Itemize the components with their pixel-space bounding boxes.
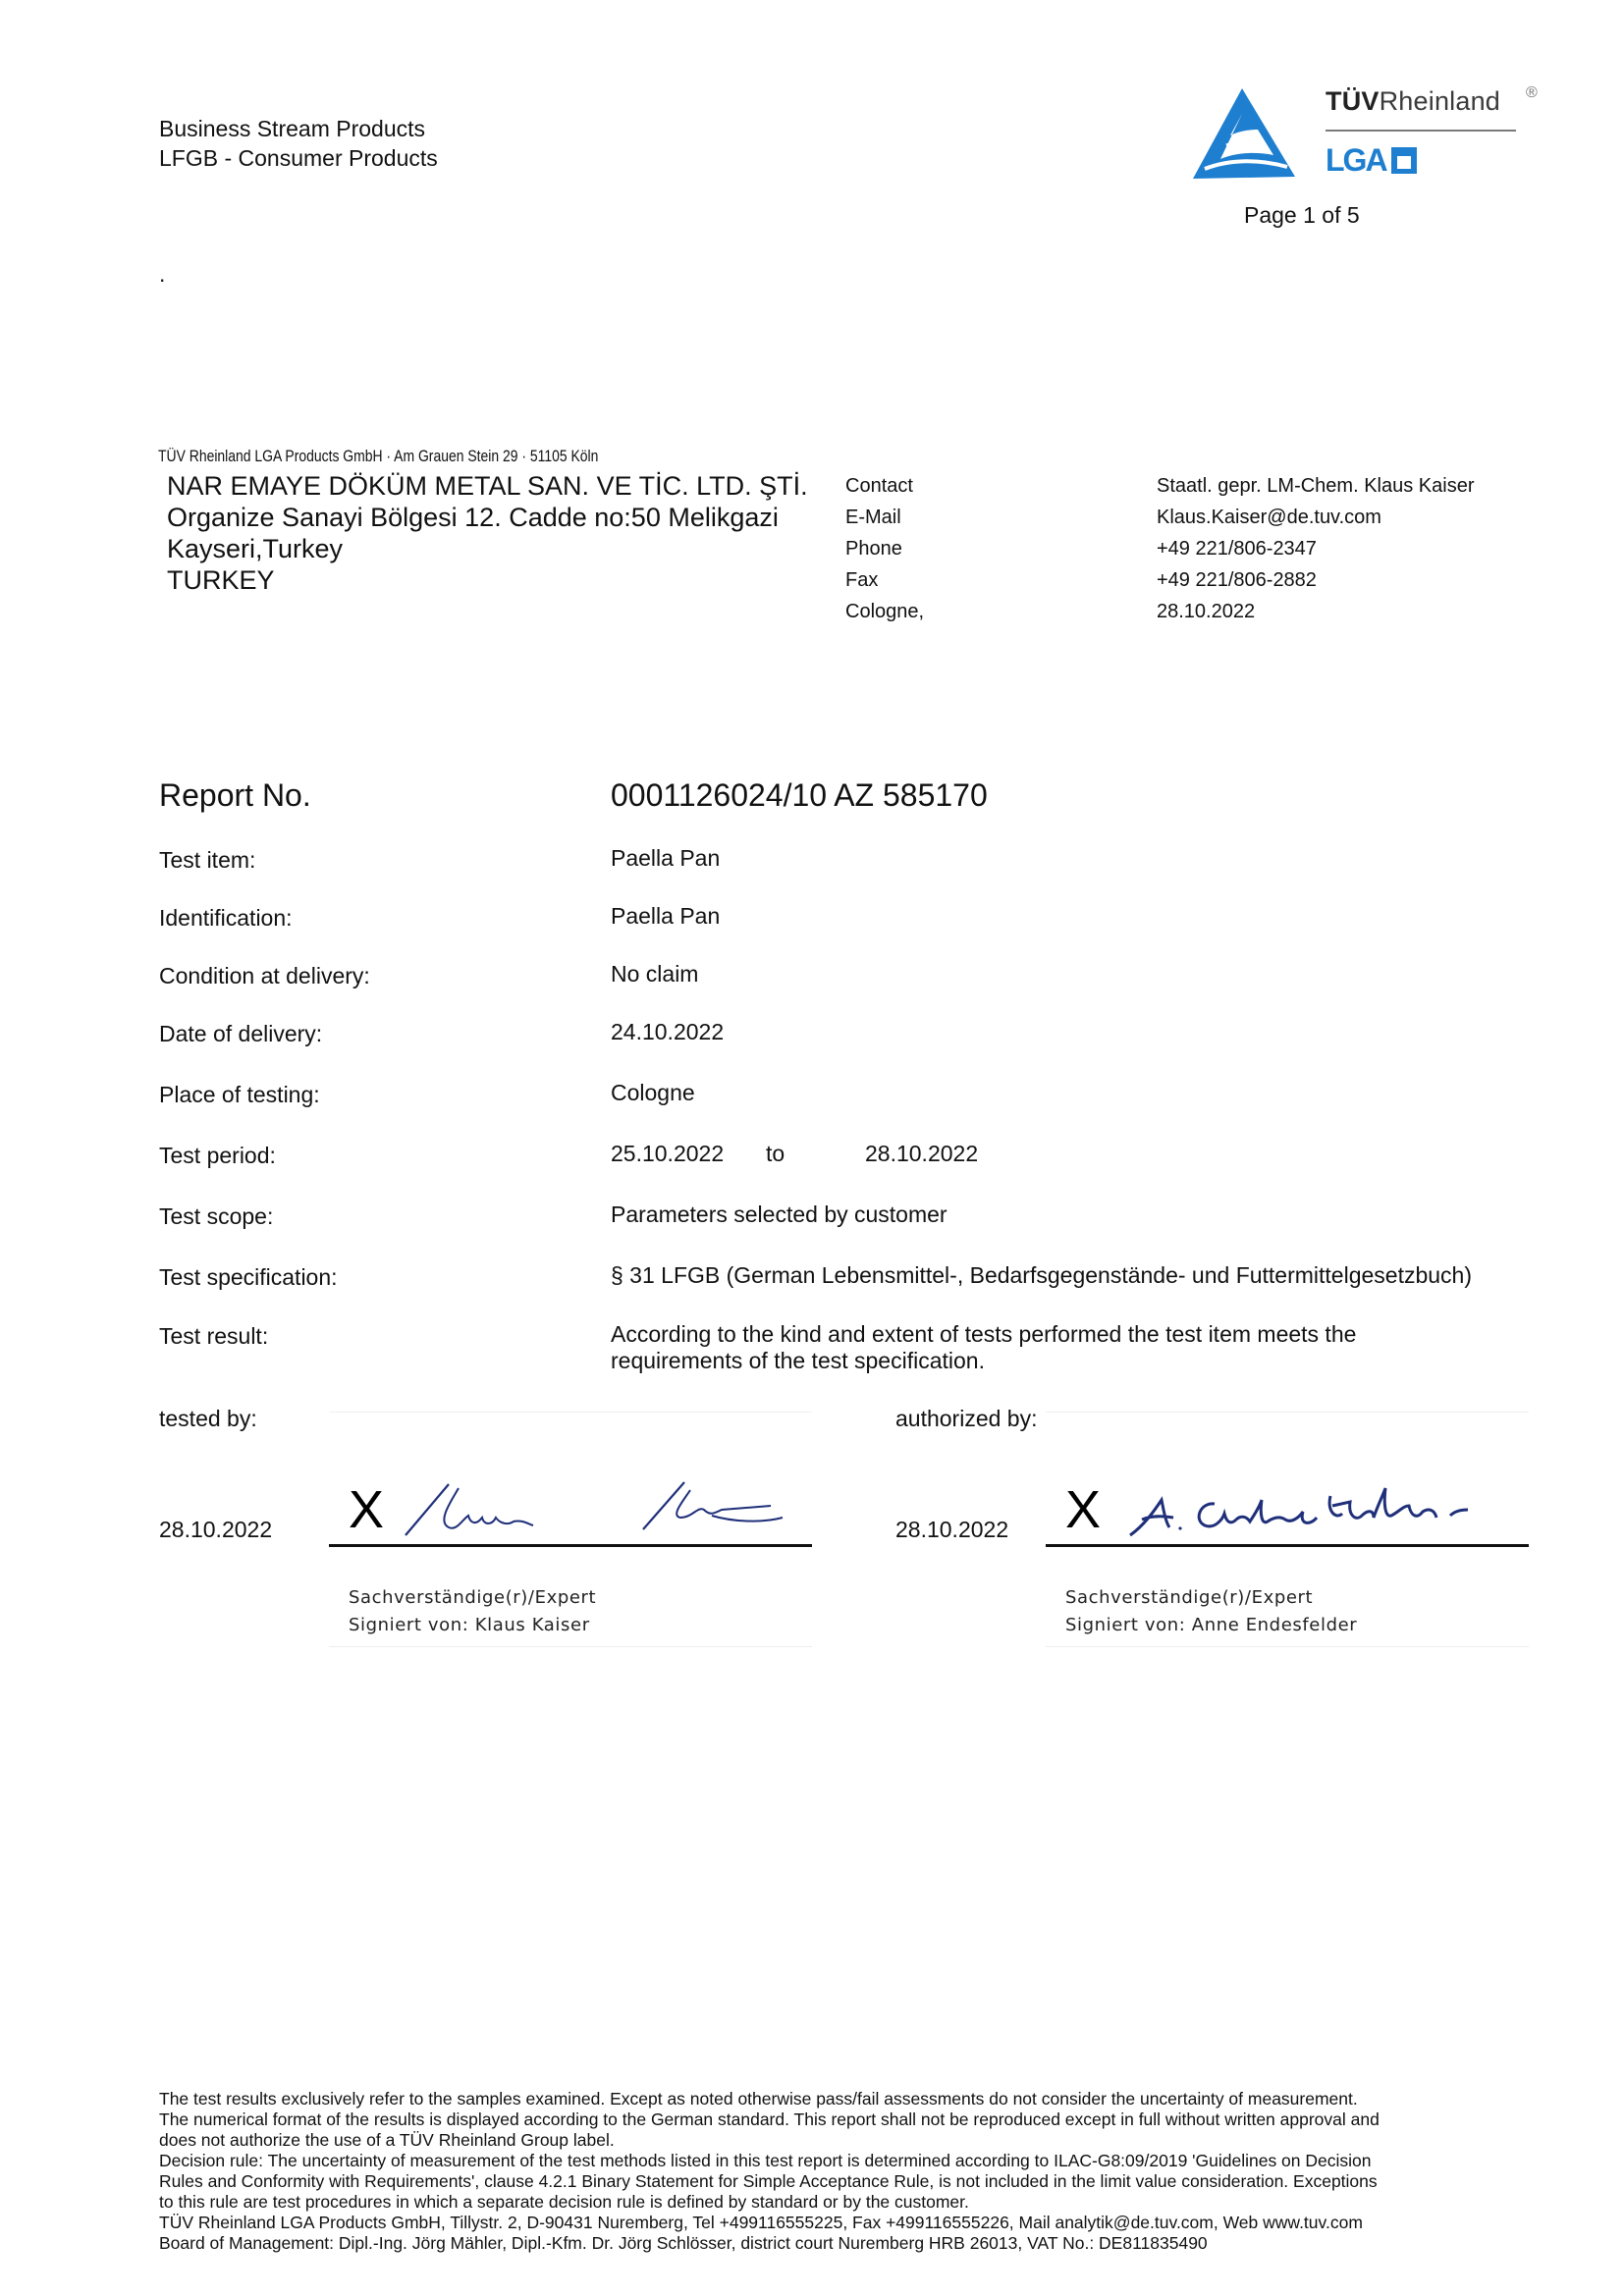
logo-lga-text: LGA	[1326, 142, 1417, 179]
signature-x-mark: X	[349, 1483, 384, 1536]
condition-label: Condition at delivery:	[159, 963, 370, 989]
business-unit-label: LFGB - Consumer Products	[159, 143, 438, 173]
footer-line: The test results exclusively refer to th…	[159, 2089, 1534, 2109]
tested-by-label: tested by:	[159, 1406, 257, 1432]
authorized-date: 28.10.2022	[895, 1517, 1008, 1543]
test-result-line2: requirements of the test specification.	[611, 1348, 985, 1374]
lga-square-icon	[1391, 147, 1417, 174]
signature-x-mark: X	[1065, 1483, 1101, 1536]
contact-value: Staatl. gepr. LM-Chem. Klaus Kaiser	[1157, 475, 1474, 498]
footer-line: Rules and Conformity with Requirements',…	[159, 2171, 1534, 2192]
test-specification-label: Test specification:	[159, 1264, 338, 1291]
phone-label: Phone	[845, 538, 902, 561]
place-of-testing-value: Cologne	[611, 1080, 695, 1106]
recipient-country: TURKEY	[167, 564, 275, 596]
condition-value: No claim	[611, 961, 698, 988]
signer-role: Sachverständige(r)/Expert	[1065, 1587, 1313, 1608]
identification-label: Identification:	[159, 905, 293, 932]
tested-date: 28.10.2022	[159, 1517, 272, 1543]
test-specification-value: § 31 LFGB (German Lebensmittel-, Bedarfs…	[611, 1262, 1472, 1289]
test-result-label: Test result:	[159, 1323, 268, 1350]
tested-signature-block: X Sachverständige(r)/Expert Signiert von…	[329, 1412, 812, 1647]
signer-name: Signiert von: Anne Endesfelder	[1065, 1615, 1357, 1635]
delivery-date-label: Date of delivery:	[159, 1021, 322, 1047]
fax-label: Fax	[845, 569, 878, 592]
recipient-city: Kayseri,Turkey	[167, 533, 343, 564]
footer-management-line: Board of Management: Dipl.-Ing. Jörg Mäh…	[159, 2233, 1534, 2254]
sender-address: TÜV Rheinland LGA Products GmbH · Am Gra…	[158, 447, 598, 466]
business-stream-label: Business Stream Products	[159, 114, 425, 143]
test-period-label: Test period:	[159, 1143, 276, 1169]
recipient-name: NAR EMAYE DÖKÜM METAL SAN. VE TİC. LTD. …	[167, 470, 808, 502]
report-number: 0001126024/10 AZ 585170	[611, 777, 988, 814]
test-period-to-word: to	[766, 1141, 785, 1167]
fax-value: +49 221/806-2882	[1157, 569, 1317, 592]
place-label: Cologne,	[845, 601, 924, 623]
email-label: E-Mail	[845, 507, 901, 529]
footer-company-line: TÜV Rheinland LGA Products GmbH, Tillyst…	[159, 2213, 1534, 2233]
email-value[interactable]: Klaus.Kaiser@de.tuv.com	[1157, 507, 1381, 529]
place-of-testing-label: Place of testing:	[159, 1082, 320, 1108]
identification-value: Paella Pan	[611, 903, 720, 930]
footer-line: to this rule are test procedures in whic…	[159, 2192, 1534, 2213]
legal-footer: The test results exclusively refer to th…	[159, 2089, 1534, 2254]
logo-divider	[1326, 130, 1516, 132]
test-scope-value: Parameters selected by customer	[611, 1201, 947, 1228]
test-period-from: 25.10.2022	[611, 1141, 724, 1167]
authorized-signature-block: X Sachverständige(r)/Expert Signiert von…	[1046, 1412, 1529, 1647]
signer-role: Sachverständige(r)/Expert	[349, 1587, 596, 1608]
test-scope-label: Test scope:	[159, 1203, 273, 1230]
test-period-to: 28.10.2022	[865, 1141, 978, 1167]
tuv-triangle-logo-icon	[1191, 86, 1297, 181]
letter-date: 28.10.2022	[1157, 601, 1255, 623]
footer-line: The numerical format of the results is d…	[159, 2109, 1534, 2130]
handwritten-signature-kaiser	[398, 1476, 810, 1545]
test-item-label: Test item:	[159, 847, 255, 874]
signer-name: Signiert von: Klaus Kaiser	[349, 1615, 590, 1635]
signature-line	[329, 1544, 812, 1547]
registered-mark: ®	[1526, 84, 1538, 102]
delivery-date-value: 24.10.2022	[611, 1019, 724, 1045]
report-number-label: Report No.	[159, 777, 311, 814]
handwritten-signature-endesfelder	[1124, 1476, 1537, 1545]
recipient-street: Organize Sanayi Bölgesi 12. Cadde no:50 …	[167, 502, 779, 533]
signature-line	[1046, 1544, 1529, 1547]
phone-value: +49 221/806-2347	[1157, 538, 1317, 561]
contact-label: Contact	[845, 475, 913, 498]
footer-line: Decision rule: The uncertainty of measur…	[159, 2151, 1534, 2171]
page-number: Page 1 of 5	[1244, 202, 1360, 229]
logo-brand-text: TÜVRheinland	[1326, 86, 1500, 117]
footer-line: does not authorize the use of a TÜV Rhei…	[159, 2130, 1534, 2151]
authorized-by-label: authorized by:	[895, 1406, 1037, 1432]
header-dot: .	[159, 259, 165, 289]
test-result-line1: According to the kind and extent of test…	[611, 1321, 1356, 1348]
test-item-value: Paella Pan	[611, 845, 720, 872]
